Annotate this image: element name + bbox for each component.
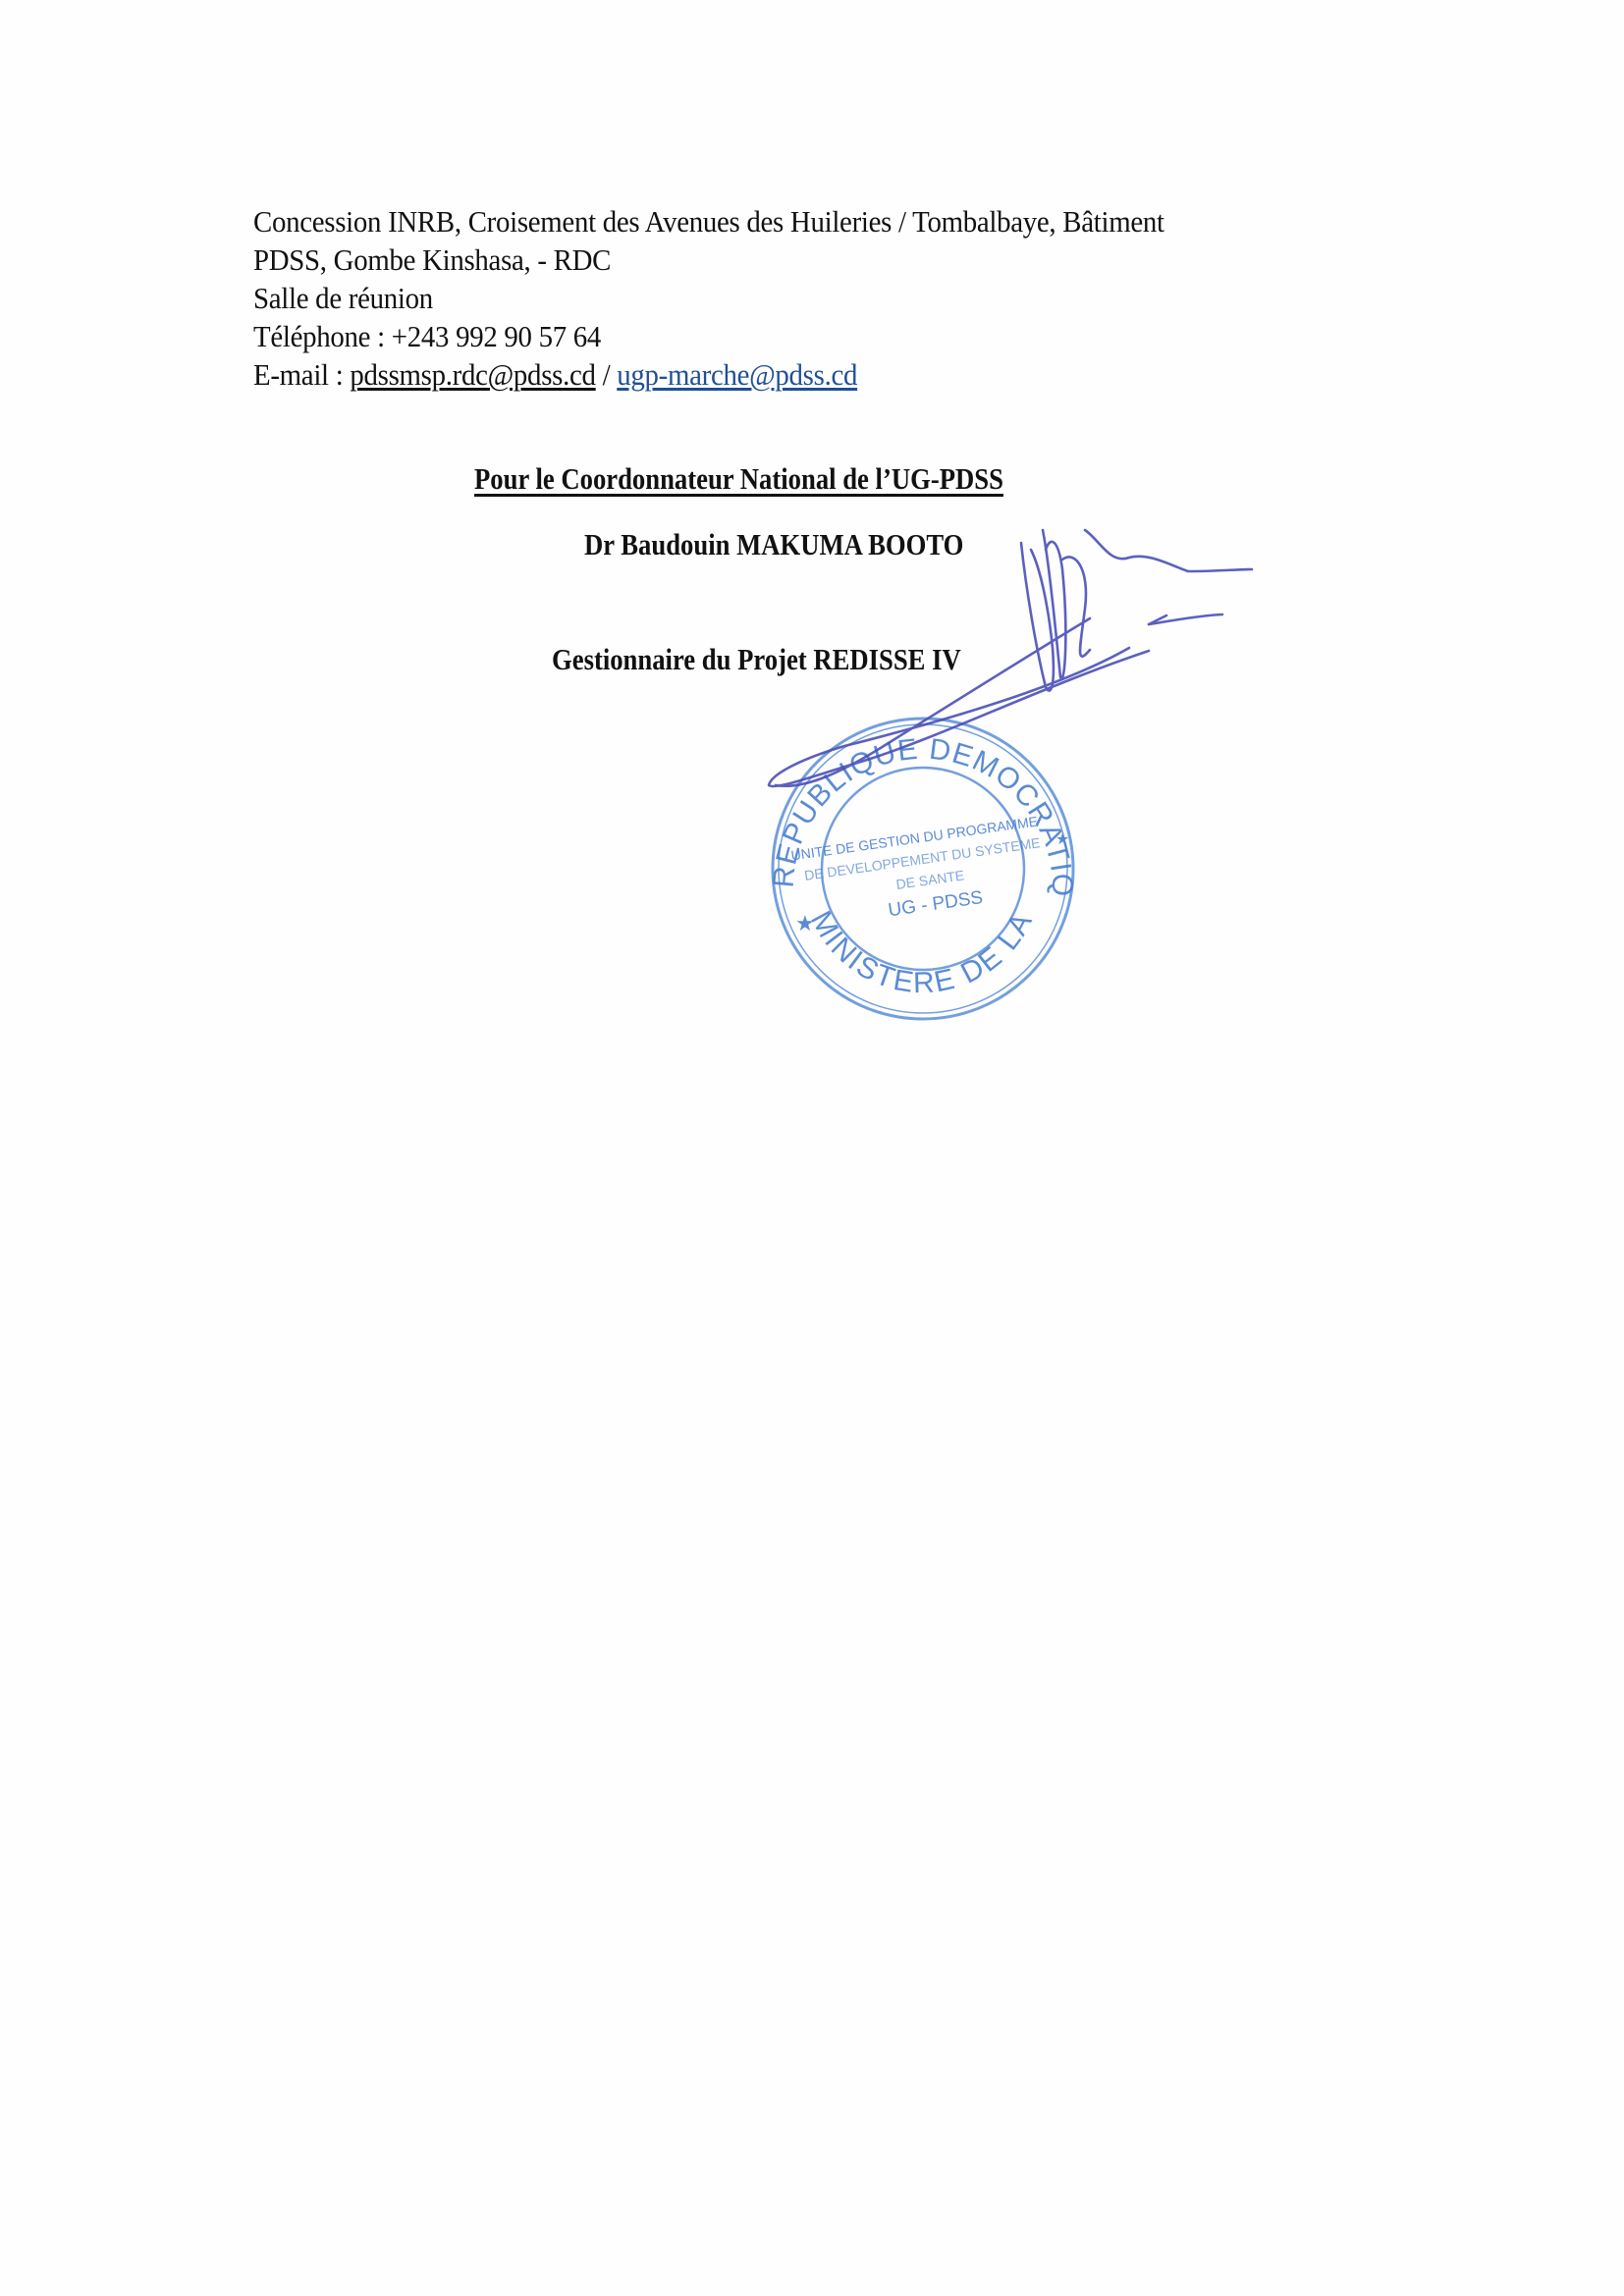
- stamp-star-icon: ★: [795, 911, 815, 935]
- stamp-inner-line-2: DE DEVELOPPEMENT DU SYSTEME: [803, 834, 1041, 883]
- email-link-secondary[interactable]: ugp-marche@pdss.cd: [617, 357, 857, 392]
- phone-line: Téléphone : +243 992 90 57 64: [253, 317, 1164, 355]
- signatory-name: Dr Baudouin MAKUMA BOOTO: [584, 527, 963, 562]
- document-page: Concession INRB, Croisement des Avenues …: [0, 0, 1624, 2296]
- stamp-outer-top-text: REPUBLIQUE DEMOCRATIQUE DU CONGO: [0, 0, 1078, 897]
- email-link-primary[interactable]: pdssmsp.rdc@pdss.cd: [350, 357, 595, 392]
- address-block: Concession INRB, Croisement des Avenues …: [253, 202, 1164, 394]
- address-line-2: PDSS, Gombe Kinshasa, - RDC: [253, 240, 1164, 279]
- stamp-inner-line-4: UG - PDSS: [887, 887, 984, 921]
- email-label: E-mail :: [253, 357, 350, 392]
- stamp-inner-line-3: DE SANTE: [895, 867, 966, 892]
- stamp-inner-line-1: UNITE DE GESTION DU PROGRAMME: [790, 813, 1039, 863]
- stamp-outer-bottom-text: MINISTERE DE LA SANTE: [0, 0, 1039, 999]
- signatory-role: Gestionnaire du Projet REDISSE IV: [552, 642, 961, 677]
- address-line-1: Concession INRB, Croisement des Avenues …: [253, 202, 1164, 240]
- signature-heading: Pour le Coordonnateur National de l’UG-P…: [474, 461, 1003, 497]
- email-separator: /: [596, 357, 618, 392]
- email-line: E-mail : pdssmsp.rdc@pdss.cd / ugp-march…: [253, 355, 1164, 394]
- address-line-3: Salle de réunion: [253, 279, 1164, 317]
- stamp-star-icon-right: ★: [1056, 831, 1069, 848]
